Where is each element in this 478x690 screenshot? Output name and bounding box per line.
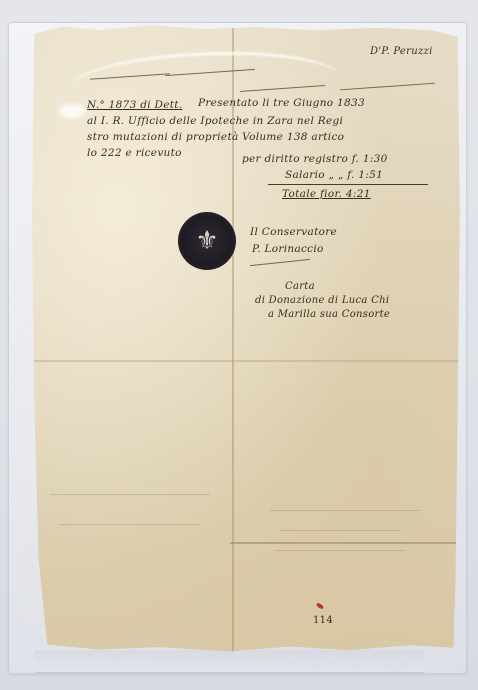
red-ink-mark: [316, 602, 325, 610]
header-line-2: al I. R. Ufficio delle Ipoteche in Zara …: [87, 115, 343, 127]
document-ref: N.° 1873 di Dett.: [87, 99, 182, 111]
double-eagle-icon: ⚜: [195, 228, 218, 254]
faded-writing: [60, 524, 200, 525]
wax-seal: ⚜: [178, 212, 236, 270]
faded-writing: [50, 494, 210, 495]
note-line-2: di Donazione di Luca Chi: [255, 295, 389, 306]
total-rule: [268, 184, 428, 185]
faded-writing: [270, 510, 420, 511]
note-line-1: Carta: [285, 281, 315, 292]
signature-flourish: [250, 259, 310, 266]
corner-note: D'P. Peruzzi: [370, 46, 433, 57]
fee-line-1: per diritto registro f. 1:30: [242, 153, 388, 165]
sleeve-glare-spot: [58, 104, 86, 118]
sleeve-fold: [35, 650, 425, 673]
document-paper: D'P. Peruzzi N.° 1873 di Dett. Presentat…: [30, 24, 462, 654]
faded-writing: [280, 530, 400, 531]
faded-writing: [275, 550, 405, 551]
header-line-1: Presentato li tre Giugno 1833: [198, 97, 365, 109]
fee-total: Totale fior. 4:21: [282, 188, 371, 200]
signature-title: Il Conservatore: [250, 226, 337, 238]
decorative-stroke: [340, 83, 435, 91]
page-number: 114: [313, 615, 333, 626]
header-line-4: lo 222 e ricevuto: [87, 147, 182, 159]
horizontal-fold-crease: [30, 360, 462, 362]
header-line-3: stro mutazioni di proprietà Volume 138 a…: [87, 131, 344, 143]
fee-line-2: Salario „ „ f. 1:51: [285, 169, 383, 181]
horizontal-fold-crease-lower: [230, 542, 460, 544]
note-line-3: a Marilla sua Consorte: [268, 309, 390, 320]
signature-name: P. Lorinaccio: [252, 243, 324, 255]
